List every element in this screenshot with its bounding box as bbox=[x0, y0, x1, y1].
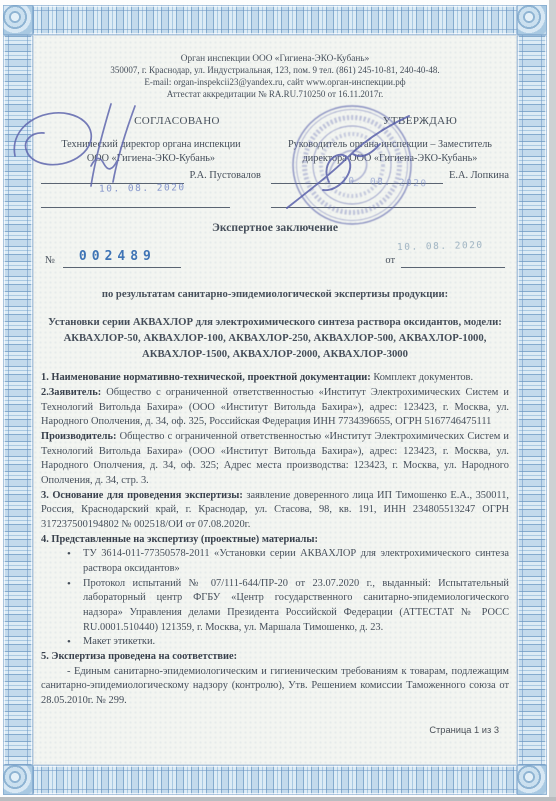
section-2-text: Общество с ограниченной ответственностью… bbox=[41, 387, 509, 427]
producer-label: Производитель: bbox=[41, 431, 116, 442]
section-1-label: 1. Наименование нормативно-технической, … bbox=[41, 372, 371, 383]
number-line: 002489 bbox=[63, 251, 181, 268]
section-3: 3. Основание для проведения экспертизы: … bbox=[41, 489, 509, 533]
document-body: 1. Наименование нормативно-технической, … bbox=[41, 371, 509, 708]
agreed-role-line2: ООО «Гигиена-ЭКО-Кубань» bbox=[41, 152, 261, 165]
scanned-document: { "colors": { "page-bg": "#f3f5f1", "bor… bbox=[0, 0, 556, 801]
date-label: от bbox=[385, 254, 395, 269]
section-1-text: Комплект документов. bbox=[371, 372, 473, 383]
border-corner-ornament bbox=[3, 765, 33, 795]
date-stamp: 10. 08. 2020 bbox=[341, 174, 428, 190]
section-3-label: 3. Основание для проведения экспертизы: bbox=[41, 490, 243, 501]
list-item: Протокол испытаний № 07/111-644/ПР-20 от… bbox=[83, 577, 509, 636]
scan-edge bbox=[549, 0, 556, 801]
org-header: Орган инспекции ООО «Гигиена-ЭКО-Кубань»… bbox=[41, 53, 509, 101]
org-email: E-mail: organ-inspekcii23@yandex.ru, сай… bbox=[41, 77, 509, 89]
section-producer: Производитель: Общество с ограниченной о… bbox=[41, 430, 509, 489]
border-bottom bbox=[33, 765, 517, 795]
page-number: Страница 1 из 3 bbox=[429, 724, 499, 737]
date-row: от 10. 08. 2020 bbox=[385, 253, 505, 268]
section-2-label: 2.Заявитель: bbox=[41, 387, 101, 398]
number-label: № bbox=[45, 254, 55, 269]
section-5-label: 5. Экспертиза проведена на соответствие: bbox=[41, 651, 237, 662]
document-page: Орган инспекции ООО «Гигиена-ЭКО-Кубань»… bbox=[33, 35, 517, 765]
section-1: 1. Наименование нормативно-технической, … bbox=[41, 371, 509, 386]
document-subtitle: по результатам санитарно-эпидемиологичес… bbox=[41, 288, 509, 303]
decorative-border: Орган инспекции ООО «Гигиена-ЭКО-Кубань»… bbox=[3, 5, 547, 795]
border-right bbox=[517, 35, 547, 765]
date-line bbox=[41, 194, 230, 208]
list-item: Макет этикетки. bbox=[83, 635, 509, 650]
section-5: 5. Экспертиза проведена на соответствие: bbox=[41, 650, 509, 665]
approval-block: СОГЛАСОВАНО Технический директор органа … bbox=[41, 114, 509, 206]
section-5-text: - Единым санитарно-эпидемиологическим и … bbox=[41, 665, 509, 709]
scan-edge bbox=[0, 797, 556, 801]
date-stamp: 10. 08. 2020 bbox=[397, 239, 484, 255]
border-corner-ornament bbox=[517, 5, 547, 35]
date-line: 10. 08. 2020 bbox=[401, 253, 505, 268]
org-attestation: Аттестат аккредитации № RA.RU.710250 от … bbox=[41, 89, 509, 101]
border-corner-ornament bbox=[517, 765, 547, 795]
section-4-label: 4. Представленные на экспертизу (проектн… bbox=[41, 534, 318, 545]
materials-list: ТУ 3614-011-77350578-2011 «Установки сер… bbox=[41, 547, 509, 650]
agreed-role: Технический директор органа инспекции ОО… bbox=[41, 138, 261, 165]
round-stamp bbox=[289, 102, 415, 228]
border-top bbox=[33, 5, 517, 35]
document-title: Экспертное заключение bbox=[41, 220, 509, 236]
serial-number-stamp: 002489 bbox=[79, 248, 156, 266]
agreed-name: Р.А. Пустовалов bbox=[190, 169, 261, 184]
date-stamp: 10. 08. 2020 bbox=[99, 181, 186, 196]
approved-name: Е.А. Лопкина bbox=[449, 169, 509, 184]
product-description: Установки серии АКВАХЛОР для электрохими… bbox=[43, 314, 507, 362]
section-2: 2.Заявитель: Общество с ограниченной отв… bbox=[41, 386, 509, 430]
number-row: № 002489 от 10. 08. 2020 bbox=[41, 251, 509, 268]
list-item: ТУ 3614-011-77350578-2011 «Установки сер… bbox=[83, 547, 509, 576]
section-4: 4. Представленные на экспертизу (проектн… bbox=[41, 533, 509, 548]
org-name: Орган инспекции ООО «Гигиена-ЭКО-Кубань» bbox=[41, 53, 509, 65]
border-left bbox=[3, 35, 33, 765]
org-address: 350007, г. Краснодар, ул. Индустриальная… bbox=[41, 65, 509, 77]
agreed-role-line1: Технический директор органа инспекции bbox=[41, 138, 261, 151]
agreed-title: СОГЛАСОВАНО bbox=[67, 114, 287, 130]
border-corner-ornament bbox=[3, 5, 33, 35]
document-content: Орган инспекции ООО «Гигиена-ЭКО-Кубань»… bbox=[41, 45, 509, 759]
agreed-column: СОГЛАСОВАНО Технический директор органа … bbox=[41, 114, 261, 206]
